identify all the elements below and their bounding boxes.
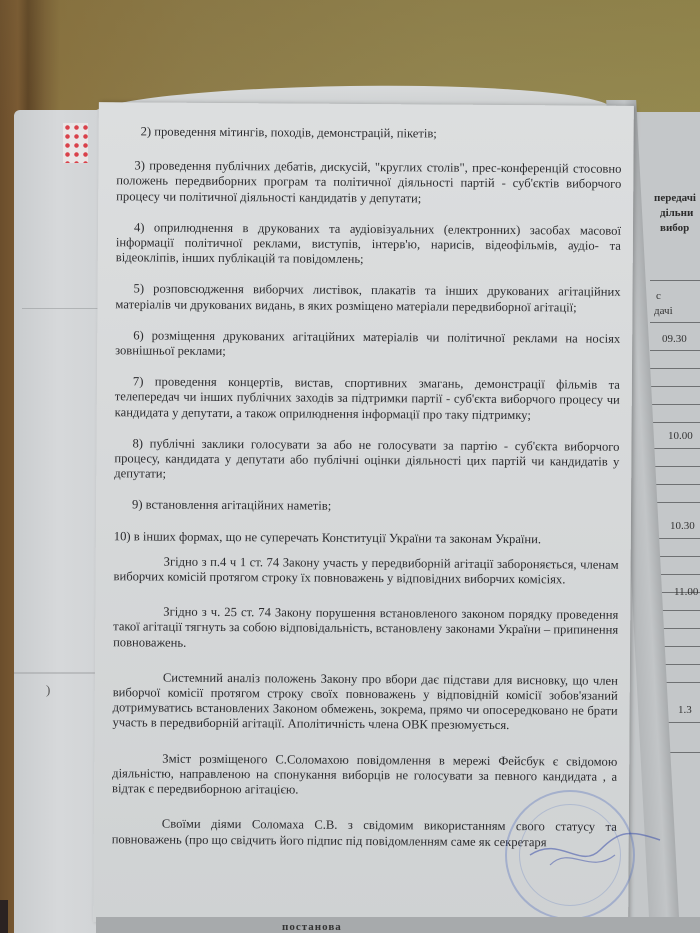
list-item: 2) проведення мітингів, походів, демонст… xyxy=(117,124,622,143)
list-item: 3) проведення публічних дебатів, дискусі… xyxy=(116,158,621,207)
list-item: 10) в інших формах, що не суперечать Кон… xyxy=(114,529,619,548)
list-item: 4) оприлюднення в друкованих та аудіовіз… xyxy=(116,220,621,269)
paragraph: Зміст розміщеного С.Соломахою повідомлен… xyxy=(112,751,617,800)
paragraph: Згідно з ч. 25 ст. 74 Закону порушення в… xyxy=(113,605,618,654)
right-sheet-label: дачі xyxy=(654,305,673,317)
right-sheet-header: вибор xyxy=(660,222,689,234)
time-slot: 10.00 xyxy=(668,430,693,442)
right-sheet-label: с xyxy=(656,290,661,302)
right-sheet-header: дільни xyxy=(660,207,693,219)
list-item: 8) публічні заклики голосувати за або не… xyxy=(114,436,619,485)
list-item: 6) розміщення друкованих агітаційних мат… xyxy=(115,328,620,362)
list-item: 5) розповсюдження виборчих листівок, пла… xyxy=(115,282,620,316)
time-slot: 10.30 xyxy=(670,520,695,532)
underlying-sheet-edge: постанова xyxy=(96,917,700,933)
paragraph: Системний аналіз положень Закону про вбо… xyxy=(112,670,617,734)
document-body: 2) проведення мітингів, походів, демонст… xyxy=(112,124,622,870)
paragraph: Згідно з п.4 ч 1 ст. 74 Закону участь у … xyxy=(114,554,619,588)
time-slot: 1.3 xyxy=(678,704,692,716)
time-slot: 09.30 xyxy=(662,333,687,345)
time-slot: 11.00 xyxy=(674,586,698,598)
handwritten-mark: ) xyxy=(46,682,50,698)
red-pattern-sticker xyxy=(63,123,88,163)
signature-icon xyxy=(520,825,670,885)
underlying-sheet-text: постанова xyxy=(282,921,342,933)
right-sheet-header: передачі xyxy=(654,192,696,204)
list-item: 9) встановлення агітаційних наметів; xyxy=(114,498,619,517)
list-item: 7) проведення концертів, вистав, спортив… xyxy=(115,374,620,423)
